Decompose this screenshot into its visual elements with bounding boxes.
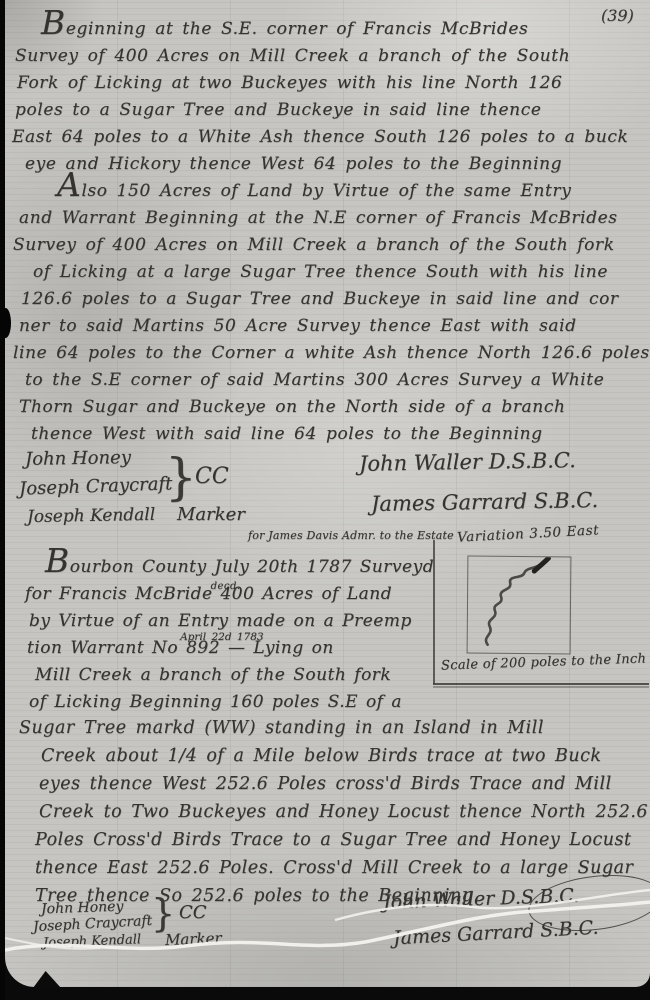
survey-davis-body-text: Sugar Tree markd (WW) standing in an Isl… [19, 714, 650, 910]
scan-edge-left [0, 0, 5, 1000]
witness-signature: Joseph Kendall [27, 505, 156, 527]
chain-carriers-label: CC [195, 464, 229, 489]
creek-squiggle-icon [468, 557, 571, 654]
text-segment: tion Warrant No [27, 638, 178, 658]
witness-signature: Joseph Craycraft [19, 473, 173, 499]
manuscript-page: (39) Beginning at the S.E. corner of Fra… [5, 0, 650, 987]
text-line: line 64 poles to the Corner a white Ash … [13, 340, 649, 367]
interlineation-note: for James Davis Admr. to the Estate [248, 529, 454, 542]
interlined-decd: decd. [211, 573, 241, 600]
brace-glyph: } [165, 452, 197, 502]
text-line: Fork of Licking at two Buckeyes with his… [17, 70, 649, 97]
text-line: Also 150 Acres of Land by Virtue of the … [57, 178, 649, 205]
text-line: East 64 poles to a White Ash thence Sout… [12, 124, 649, 151]
text-line: eyes thence West 252.6 Poles cross'd Bir… [39, 770, 650, 798]
text-line: Creek about 1/4 of a Mile below Birds tr… [41, 742, 650, 770]
text-line: thence East 252.6 Poles. Cross'd Mill Cr… [35, 854, 650, 882]
text-line: for Francis McBridedecd. 400 Acres of La… [25, 581, 437, 608]
text-line: ner to said Martins 50 Acre Survey thenc… [19, 313, 649, 340]
plat-scale-note: Scale of 200 poles to the Inch [441, 651, 647, 673]
deputy-surveyor-signature: John Waller D.S.B.C. [359, 448, 576, 476]
text-segment: for Francis McBride [25, 584, 213, 604]
signature-block-1: John Honey Joseph Craycraft Joseph Kenda… [19, 448, 647, 534]
text-line: Sugar Tree markd (WW) standing in an Isl… [19, 714, 650, 742]
text-line: Bourbon County July 20th 1787 Surveyd [45, 554, 437, 581]
brace-glyph: } [151, 894, 175, 932]
marker-label: Marker [165, 929, 222, 949]
text-line: Poles Cross'd Birds Trace to a Sugar Tre… [35, 826, 650, 854]
text-segment: 400 Acres of Land [220, 584, 392, 604]
text-line: Survey of 400 Acres on Mill Creek a bran… [13, 232, 649, 259]
text-line: tion Warrant No April 22d 1783892 — Lyin… [27, 635, 437, 662]
text-line: 126.6 poles to a Sugar Tree and Buckeye … [21, 286, 649, 313]
text-line: Mill Creek a branch of the South fork [35, 662, 437, 689]
surveyor-signature: James Garrard S.B.C. [393, 917, 599, 950]
text-line: Beginning at the S.E. corner of Francis … [41, 16, 649, 43]
plat-survey-outline [467, 556, 572, 655]
chain-carriers-label: CC [179, 902, 207, 923]
text-line: Thorn Sugar and Buckeye on the North sid… [19, 394, 649, 421]
witness-signature: Joseph Kendall [43, 932, 142, 950]
text-line: of Licking at a large Sugar Tree thence … [33, 259, 649, 286]
text-line: and Warrant Beginning at the N.E corner … [19, 205, 649, 232]
scanned-survey-record: { "page_number": "(39)", "colors": { "pa… [0, 0, 650, 1000]
surveyor-signature: James Garrard S.B.C. [371, 488, 599, 516]
signature-block-2: John Honey Joseph Craycraft Joseph Kenda… [33, 886, 650, 966]
text-line: of Licking Beginning 160 poles S.E of a [29, 689, 437, 716]
marker-label: Marker [177, 504, 245, 525]
survey-400-and-150-text: Beginning at the S.E. corner of Francis … [15, 16, 649, 448]
text-line: Survey of 400 Acres on Mill Creek a bran… [15, 43, 649, 70]
text-line: to the S.E corner of said Martins 300 Ac… [25, 367, 649, 394]
text-line: poles to a Sugar Tree and Buckeye in sai… [15, 97, 649, 124]
witness-signature: John Honey [25, 447, 131, 470]
plat-divider-vertical [433, 540, 435, 684]
interlined-date: April 22d 1783 [180, 624, 264, 651]
plat-divider-horizontal [433, 683, 649, 685]
text-line: thence West with said line 64 poles to t… [31, 421, 649, 448]
scan-corner-shadow [33, 971, 61, 988]
survey-davis-text: Bourbon County July 20th 1787 Surveyd fo… [25, 554, 437, 716]
scan-edge-blot [0, 308, 11, 338]
text-line: eye and Hickory thence West 64 poles to … [25, 151, 649, 178]
text-line: Creek to Two Buckeyes and Honey Locust t… [39, 798, 650, 826]
